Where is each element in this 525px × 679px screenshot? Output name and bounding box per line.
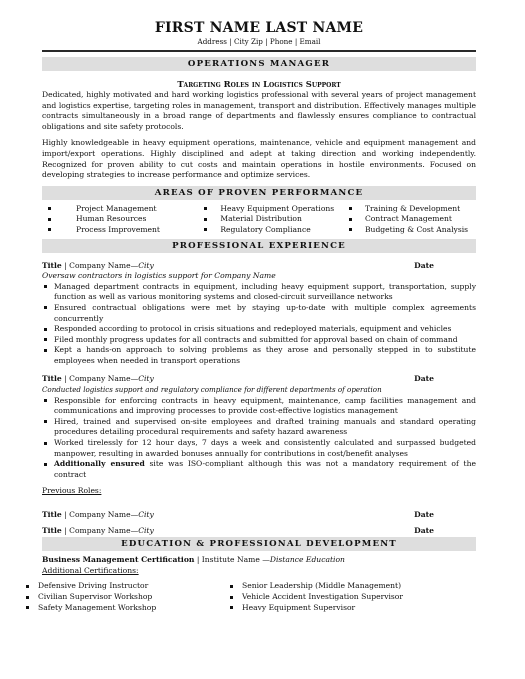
job-bullet: Ensured contractual obligations were met… (42, 303, 476, 324)
performance-item: Human Resources (48, 214, 204, 225)
previous-role-date: Date (414, 510, 476, 521)
bullet-icon (204, 228, 207, 231)
experience-heading: PROFESSIONAL EXPERIENCE (42, 239, 476, 253)
performance-item: Material Distribution (204, 214, 349, 225)
summary-paragraph-1: Dedicated, highly motivated and hard wor… (42, 90, 476, 132)
performance-column-3: Training & Development Contract Manageme… (349, 204, 476, 236)
job-title-line: Title | Company Name—City (42, 261, 154, 272)
job-bullet: Worked tirelessly for 12 hour days, 7 da… (42, 438, 476, 459)
bullet-icon (349, 218, 352, 221)
job-summary: Oversaw contractors in logistics support… (42, 271, 476, 282)
job-date: Date (414, 374, 476, 385)
performance-item: Heavy Equipment Operations (204, 204, 349, 215)
bullet-icon (44, 463, 47, 466)
contact-info: Address | City Zip | Phone | Email (42, 37, 476, 47)
previous-roles-label: Previous Roles: (42, 486, 476, 497)
education-heading: EDUCATION & PROFESSIONAL DEVELOPMENT (42, 537, 476, 551)
bullet-icon (349, 207, 352, 210)
previous-role-date: Date (414, 526, 476, 537)
performance-item: Process Improvement (48, 225, 204, 236)
bullet-icon (44, 442, 47, 445)
performance-areas: Project Management Human Resources Proce… (42, 204, 476, 236)
job-bullets: Managed department contracts in equipmen… (42, 282, 476, 367)
bullet-icon (44, 285, 47, 288)
certifications-column-2: Senior Leadership (Middle Management) Ve… (230, 581, 403, 613)
cert-item: Civilian Supervisor Workshop (26, 592, 230, 603)
certifications-list: Defensive Driving Instructor Civilian Su… (26, 581, 460, 613)
performance-column-1: Project Management Human Resources Proce… (42, 204, 204, 236)
bullet-icon (204, 207, 207, 210)
performance-heading: AREAS OF PROVEN PERFORMANCE (42, 186, 476, 200)
performance-item: Contract Management (349, 214, 476, 225)
performance-item: Project Management (48, 204, 204, 215)
job-bullet: Managed department contracts in equipmen… (42, 282, 476, 303)
bullet-icon (204, 218, 207, 221)
bullet-icon (48, 218, 51, 221)
job-title-line: Title | Company Name—City (42, 374, 154, 385)
bullet-icon (26, 585, 29, 588)
bullet-icon (26, 606, 29, 609)
bullet-icon (44, 306, 47, 309)
bullet-icon (230, 606, 233, 609)
certifications-column-1: Defensive Driving Instructor Civilian Su… (26, 581, 230, 613)
header-divider (42, 50, 476, 52)
bullet-icon (44, 338, 47, 341)
targeting-subheading: Targeting Roles in Logistics Support (42, 79, 476, 90)
bullet-icon (48, 207, 51, 210)
bullet-icon (44, 349, 47, 352)
education-entry: Business Management Certification | Inst… (42, 555, 476, 566)
bullet-icon (230, 596, 233, 599)
job-bullet: Additionally ensured site was ISO-compli… (42, 459, 476, 480)
previous-role-title-line: Title | Company Name—City (42, 526, 154, 537)
job-bullet: Hired, trained and supervised on-site em… (42, 417, 476, 438)
job-header: Title | Company Name—City Date (42, 261, 476, 272)
job-title-bar: OPERATIONS MANAGER (42, 57, 476, 71)
previous-role: Title | Company Name—City Date (42, 510, 476, 521)
job-bullet: Filed monthly progress updates for all c… (42, 335, 476, 346)
cert-item: Heavy Equipment Supervisor (230, 603, 403, 614)
cert-item: Defensive Driving Instructor (26, 581, 230, 592)
job-bullet: Responded according to protocol in crisi… (42, 324, 476, 335)
candidate-name: FIRST NAME LAST NAME (42, 20, 476, 36)
summary-paragraph-2: Highly knowledgeable in heavy equipment … (42, 138, 476, 180)
job-summary: Conducted logistics support and regulato… (42, 385, 476, 396)
additional-certifications-label: Additional Certifications: (42, 566, 476, 577)
job-date: Date (414, 261, 476, 272)
resume-page: FIRST NAME LAST NAME Address | City Zip … (42, 0, 476, 614)
job-header: Title | Company Name—City Date (42, 374, 476, 385)
performance-item: Regulatory Compliance (204, 225, 349, 236)
bullet-icon (44, 399, 47, 402)
cert-item: Senior Leadership (Middle Management) (230, 581, 403, 592)
job-bullet: Kept a hands-on approach to solving prob… (42, 345, 476, 366)
bullet-icon (349, 228, 352, 231)
bullet-icon (44, 420, 47, 423)
bullet-icon (48, 228, 51, 231)
performance-item: Training & Development (349, 204, 476, 215)
bullet-icon (44, 328, 47, 331)
performance-column-2: Heavy Equipment Operations Material Dist… (204, 204, 349, 236)
bullet-icon (230, 585, 233, 588)
cert-item: Vehicle Accident Investigation Superviso… (230, 592, 403, 603)
job-bullet: Responsible for enforcing contracts in h… (42, 396, 476, 417)
cert-item: Safety Management Workshop (26, 603, 230, 614)
job-bullets: Responsible for enforcing contracts in h… (42, 396, 476, 481)
bullet-icon (26, 596, 29, 599)
previous-role: Title | Company Name—City Date (42, 526, 476, 537)
performance-item: Budgeting & Cost Analysis (349, 225, 476, 236)
previous-role-title-line: Title | Company Name—City (42, 510, 154, 521)
